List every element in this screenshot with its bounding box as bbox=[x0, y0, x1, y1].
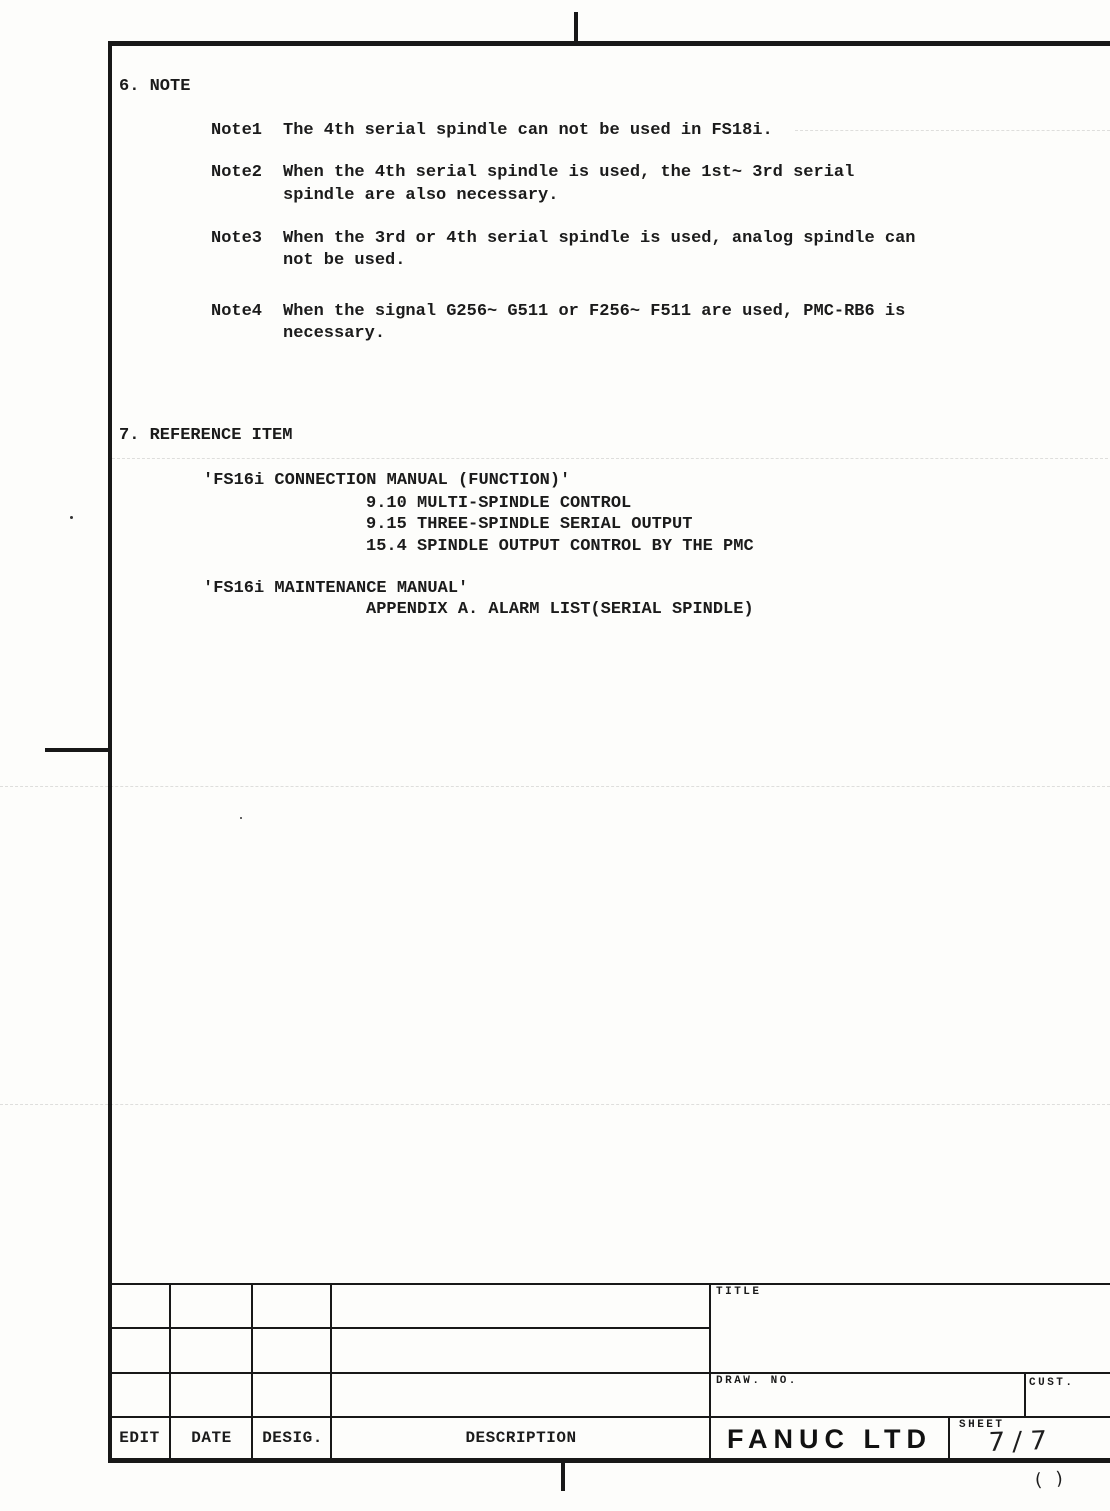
note-label: Note4 bbox=[211, 303, 262, 320]
ink-speck bbox=[240, 817, 242, 819]
scan-artifact-line bbox=[0, 786, 1110, 787]
document-page: 6. NOTE Note1 The 4th serial spindle can… bbox=[0, 0, 1110, 1511]
note-line: When the 3rd or 4th serial spindle is us… bbox=[283, 230, 916, 247]
scan-artifact-line bbox=[0, 1104, 1110, 1105]
titleblock-vline-sheet bbox=[948, 1416, 950, 1460]
fold-mark-top bbox=[574, 12, 578, 43]
fanuc-logo: FANUC LTD bbox=[711, 1418, 948, 1460]
titleblock-line-row2 bbox=[112, 1372, 1110, 1374]
page-border-bottom bbox=[108, 1458, 1110, 1463]
titleblock-line-row3 bbox=[112, 1416, 1110, 1418]
page-border-left bbox=[108, 41, 112, 1463]
ink-speck bbox=[70, 516, 73, 519]
description-column-header: DESCRIPTION bbox=[333, 1430, 709, 1446]
note-line: When the signal G256~ G511 or F256~ F511… bbox=[283, 303, 905, 320]
title-label: TITLE bbox=[716, 1287, 762, 1298]
titleblock-line-top bbox=[112, 1283, 1110, 1285]
date-column-header: DATE bbox=[171, 1430, 252, 1446]
fold-mark-left bbox=[45, 748, 108, 752]
note-label: Note1 bbox=[211, 122, 262, 139]
note-line: spindle are also necessary. bbox=[283, 187, 558, 204]
reference-item: 9.10 MULTI-SPINDLE CONTROL bbox=[366, 495, 631, 512]
section-7-heading: 7. REFERENCE ITEM bbox=[119, 427, 292, 444]
sheet-number-handwritten: 7 / 7 bbox=[987, 1426, 1046, 1458]
note-line: not be used. bbox=[283, 252, 405, 269]
note-line: When the 4th serial spindle is used, the… bbox=[283, 164, 854, 181]
titleblock-vline-cust bbox=[1024, 1372, 1026, 1418]
cust-label: CUST. bbox=[1029, 1378, 1075, 1389]
section-6-heading: 6. NOTE bbox=[119, 78, 190, 95]
reference-item: 9.15 THREE-SPINDLE SERIAL OUTPUT bbox=[366, 516, 692, 533]
scan-artifact-line bbox=[112, 458, 1108, 459]
note-line: The 4th serial spindle can not be used i… bbox=[283, 122, 773, 139]
reference-item: 15.4 SPINDLE OUTPUT CONTROL BY THE PMC bbox=[366, 538, 754, 555]
draw-no-label: DRAW. NO. bbox=[716, 1376, 798, 1387]
desig-column-header: DESIG. bbox=[254, 1430, 331, 1446]
page-border-top bbox=[108, 41, 1110, 46]
reference-title: 'FS16i CONNECTION MANUAL (FUNCTION)' bbox=[203, 472, 570, 489]
note-line: necessary. bbox=[283, 325, 385, 342]
reference-title: 'FS16i MAINTENANCE MANUAL' bbox=[203, 580, 468, 597]
note-label: Note2 bbox=[211, 164, 262, 181]
scan-artifact-line bbox=[795, 130, 1110, 131]
stamp-mark-handwritten: ( ) bbox=[1034, 1468, 1067, 1491]
edit-column-header: EDIT bbox=[110, 1430, 169, 1446]
note-label: Note3 bbox=[211, 230, 262, 247]
reference-item: APPENDIX A. ALARM LIST(SERIAL SPINDLE) bbox=[366, 601, 754, 618]
titleblock-line-row1 bbox=[112, 1327, 711, 1329]
fold-mark-bottom bbox=[561, 1463, 565, 1491]
